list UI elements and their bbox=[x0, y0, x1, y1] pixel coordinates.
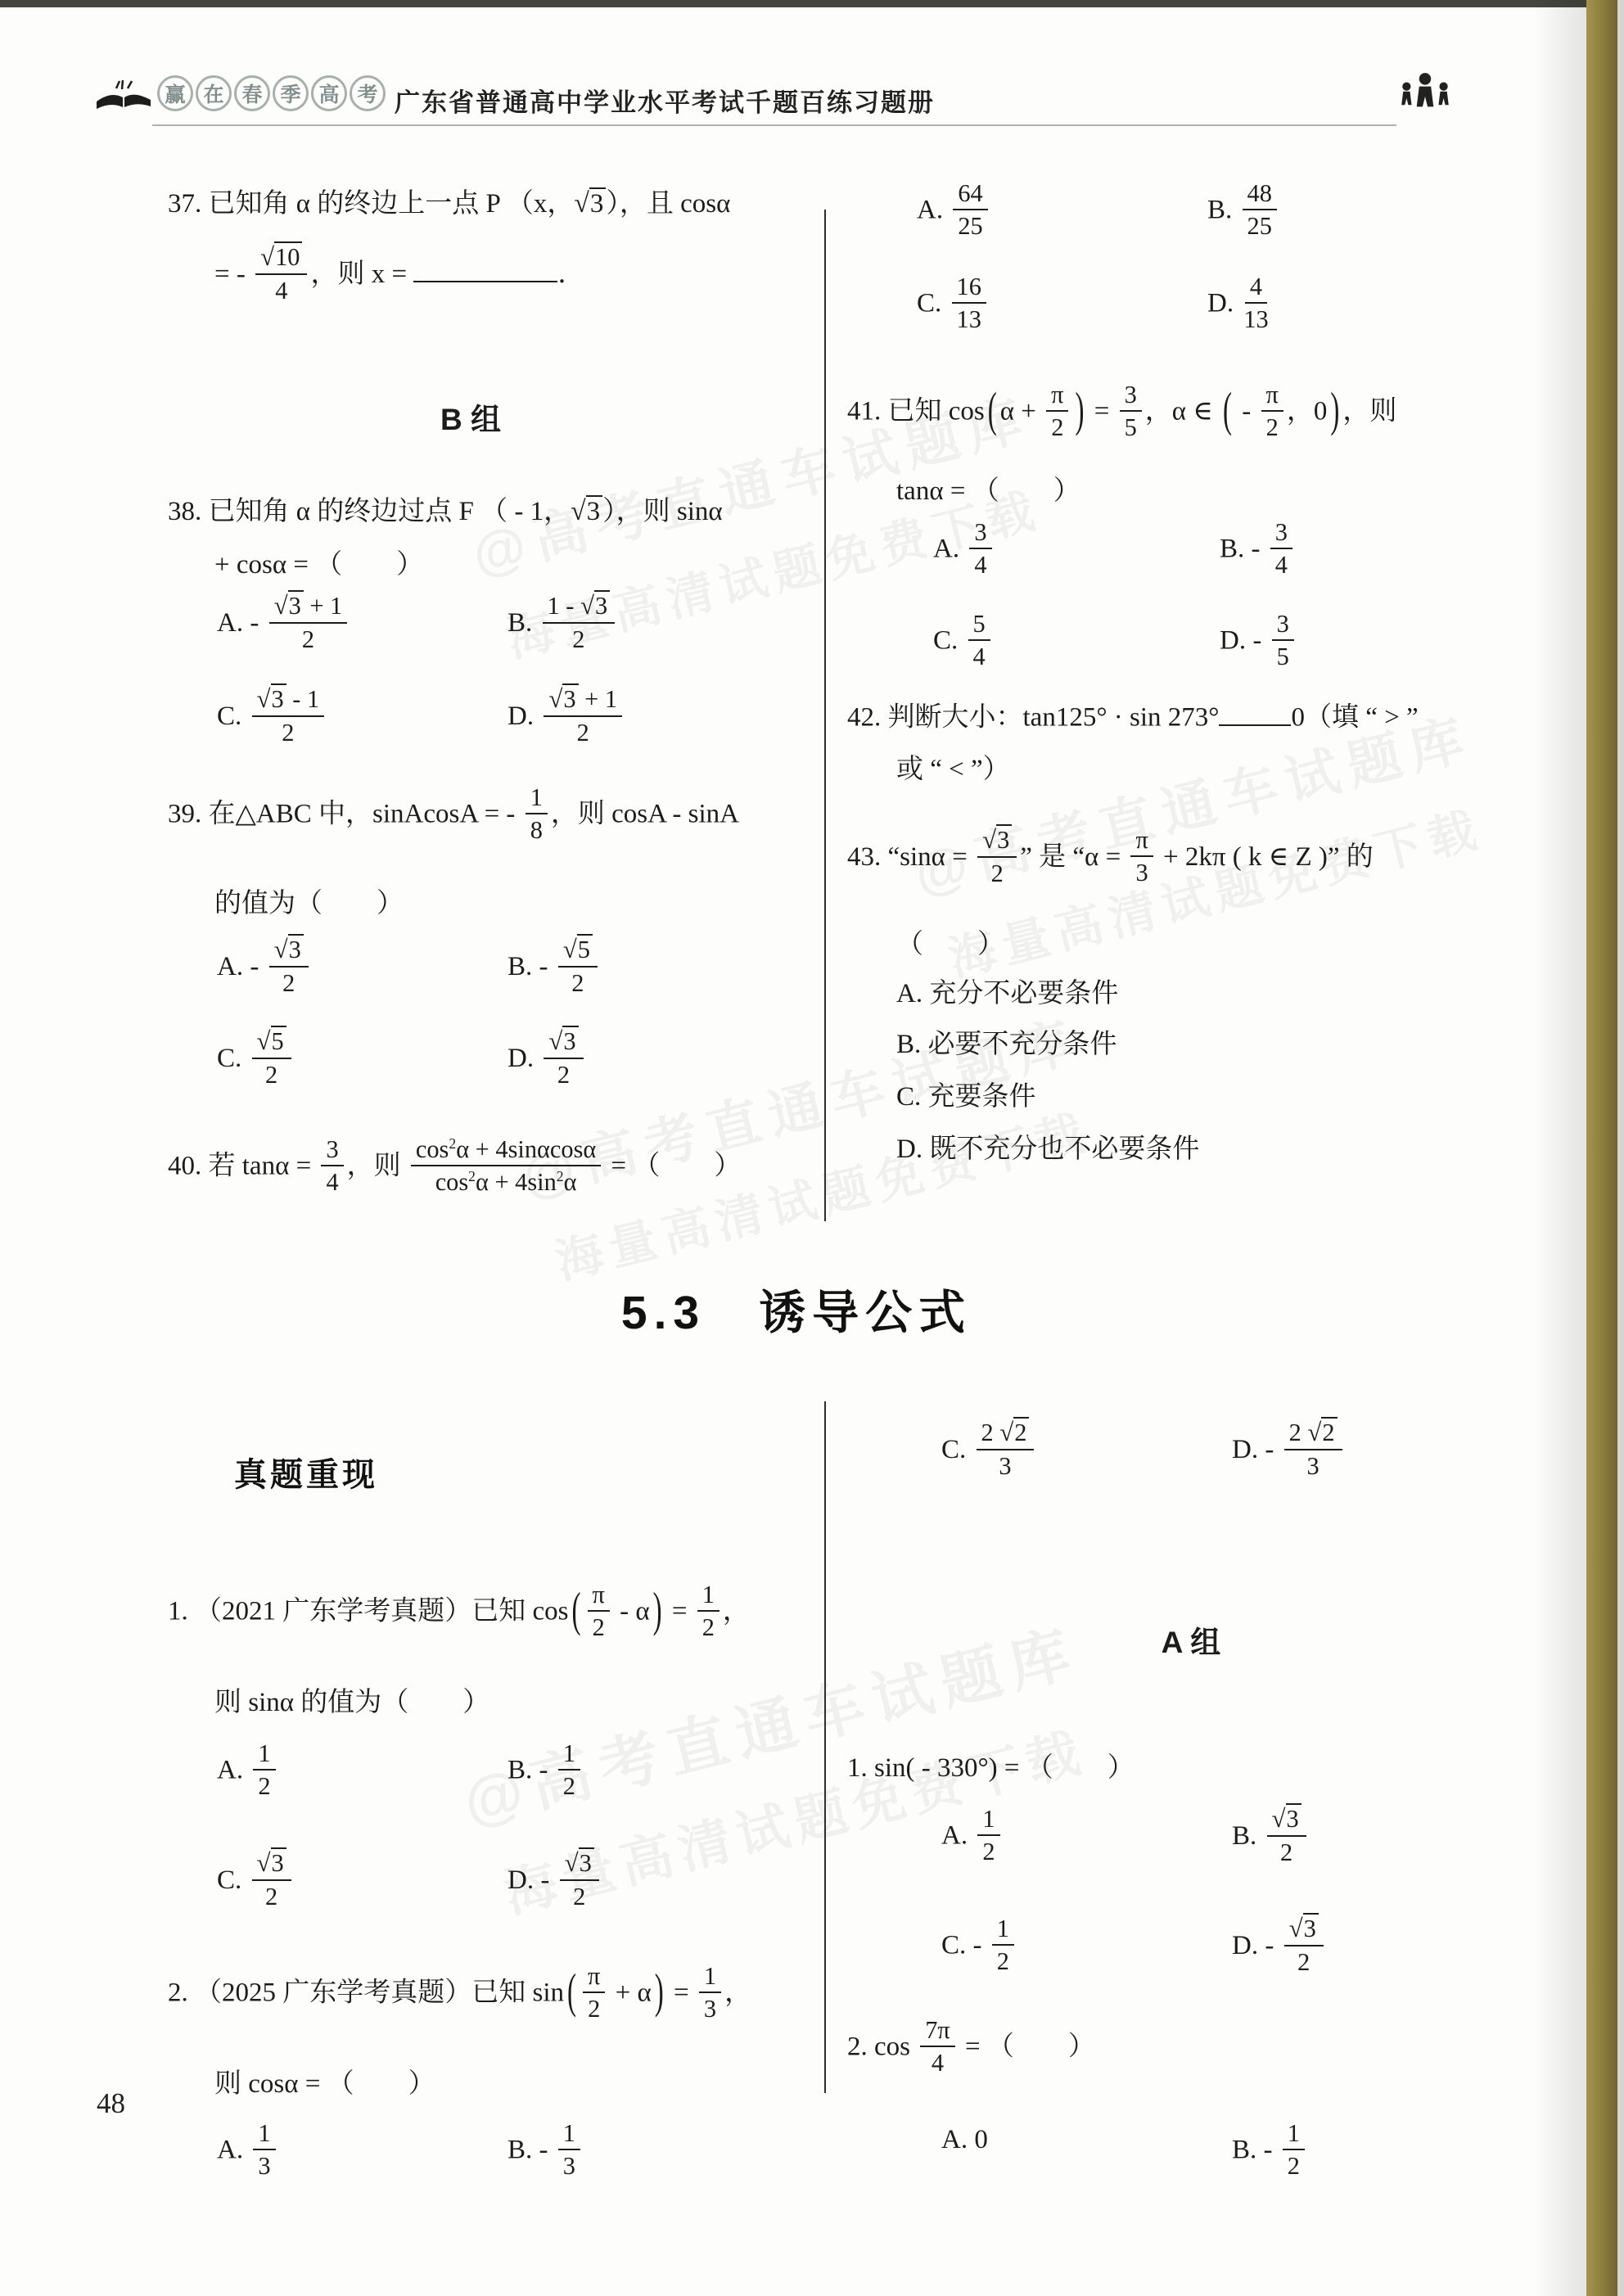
question-40-line1: 40. 若 tanα = 34，则 cos2α + 4sinαcosαcos2α… bbox=[168, 1138, 741, 1198]
question-43-line2: （ ） bbox=[896, 927, 1004, 963]
question-43-option-c: C. 充要条件 bbox=[896, 1079, 1036, 1116]
s2-right-question-1-option-c: C. - 12 bbox=[941, 1917, 1017, 1978]
question-40-option-b: B. 4825 bbox=[1207, 182, 1280, 242]
brand-badges: 赢 在 春 季 高 考 bbox=[157, 75, 386, 111]
running-people-icon bbox=[1396, 72, 1455, 127]
page-number: 48 bbox=[97, 2087, 125, 2120]
s2-right-question-1-option-d: D. - √32 bbox=[1232, 1917, 1327, 1978]
page-edge-shadow bbox=[1532, 0, 1586, 2296]
question-39-line2: 的值为（ ） bbox=[214, 886, 404, 922]
s2-question-1-line1: 1. （2021 广东学考真题）已知 cos(π2 - α) = 12， bbox=[168, 1583, 750, 1644]
s2-right-question-2-line1: 2. cos 7π4 = （ ） bbox=[847, 2019, 1095, 2079]
s2-question-1-option-d: D. - √32 bbox=[508, 1852, 602, 1913]
open-book-logo-icon bbox=[92, 69, 157, 124]
section-title: 5.3 诱导公式 bbox=[0, 1275, 1593, 1342]
brand-badge: 考 bbox=[350, 75, 386, 111]
group-a-heading: A 组 bbox=[843, 1622, 1539, 1663]
group-b-heading: B 组 bbox=[168, 399, 774, 440]
question-41-option-b: B. - 34 bbox=[1220, 521, 1296, 581]
book-edge-outer bbox=[1617, 0, 1624, 2296]
s2-right-question-1-option-b: B. √32 bbox=[1232, 1807, 1310, 1869]
zhenti-heading: 真题重现 bbox=[234, 1449, 378, 1495]
brand-badge: 在 bbox=[196, 75, 232, 111]
question-39-option-c: C. √52 bbox=[217, 1030, 295, 1091]
book-edge-strip bbox=[1586, 0, 1617, 2296]
s2-question-1-line2: 则 sinα 的值为（ ） bbox=[214, 1685, 489, 1721]
question-38-option-d: D. √3 + 12 bbox=[508, 688, 625, 749]
question-43-option-a: A. 充分不必要条件 bbox=[896, 976, 1118, 1013]
s2-question-1-option-b: B. - 12 bbox=[508, 1742, 584, 1802]
question-39-option-b: B. - √52 bbox=[508, 938, 601, 999]
question-41-option-a: A. 34 bbox=[933, 521, 995, 581]
s2-question-1-option-c: C. √32 bbox=[217, 1852, 295, 1913]
s2-question-2-option-b: B. - 13 bbox=[508, 2122, 584, 2182]
header-title: 广东省普通高中学业水平考试千题百练习题册 bbox=[395, 82, 935, 119]
question-40-option-c: C. 1613 bbox=[917, 275, 990, 336]
header-rule bbox=[152, 124, 1396, 126]
question-43-line1: 43. “sinα = √32” 是 “α = π3 + 2kπ ( k ∈ Z… bbox=[847, 828, 1374, 890]
s2-right-question-2-option-a: A. 0 bbox=[941, 2122, 988, 2158]
question-42-line1: 42. 判断大小：tan125° · sin 273°0（填 “ > ” bbox=[847, 697, 1419, 736]
s2-question-2-line2: 则 cosα = （ ） bbox=[214, 2066, 435, 2103]
question-41-option-c: C. 54 bbox=[933, 612, 994, 673]
question-39-option-d: D. √32 bbox=[508, 1030, 587, 1091]
question-38-option-a: A. - √3 + 12 bbox=[217, 594, 350, 656]
question-40-option-a: A. 6425 bbox=[917, 182, 991, 242]
question-38-option-b: B. 1 - √32 bbox=[508, 594, 618, 656]
question-38-line1: 38. 已知角 α 的终边过点 F （ - 1，√3），则 sinα bbox=[168, 493, 723, 530]
column-divider bbox=[824, 1401, 826, 2093]
carry-option-c: C. 2 √23 bbox=[941, 1421, 1037, 1482]
brand-badge: 赢 bbox=[157, 75, 193, 111]
question-41-option-d: D. - 35 bbox=[1220, 612, 1297, 673]
question-42-line2: 或 “ < ”） bbox=[896, 751, 1010, 788]
s2-right-question-2-option-b: B. - 12 bbox=[1232, 2122, 1308, 2182]
question-41-line1: 41. 已知 cos(α + π2) = 35，α ∈ ( - π2，0)，则 bbox=[847, 383, 1396, 444]
carry-option-d: D. - 2 √23 bbox=[1232, 1421, 1346, 1482]
brand-badge: 高 bbox=[311, 75, 347, 111]
question-39-option-a: A. - √32 bbox=[217, 938, 312, 999]
question-37-line2: = - √104，则 x = ． bbox=[214, 246, 584, 307]
scan-edge-top bbox=[0, 0, 1593, 7]
brand-badge: 季 bbox=[273, 75, 309, 111]
question-37-line1: 37. 已知角 α 的终边上一点 P （x，√3），且 cosα bbox=[168, 185, 730, 223]
question-38-option-c: C. √3 - 12 bbox=[217, 688, 327, 749]
s2-question-2-line1: 2. （2025 广东学考真题）已知 sin(π2 + α) = 13， bbox=[168, 1964, 751, 2025]
question-43-option-d: D. 既不充分也不必要条件 bbox=[896, 1131, 1199, 1168]
question-43-option-b: B. 必要不充分条件 bbox=[896, 1026, 1117, 1063]
s2-right-question-1-option-a: A. 12 bbox=[941, 1807, 1004, 1868]
s2-right-question-1-line1: 1. sin( - 330°) = （ ） bbox=[847, 1750, 1135, 1787]
question-41-line2: tanα = （ ） bbox=[896, 473, 1080, 510]
s2-question-2-option-a: A. 13 bbox=[217, 2122, 279, 2182]
question-39-line1: 39. 在△ABC 中，sinAcosA = - 18，则 cosA - sin… bbox=[168, 786, 739, 846]
question-38-line2: + cosα = （ ） bbox=[214, 547, 423, 584]
question-40-option-d: D. 413 bbox=[1207, 275, 1272, 336]
brand-badge: 春 bbox=[234, 75, 270, 111]
scanned-page: 赢 在 春 季 高 考 广东省普通高中学业水平考试千题百练习题册 @高考直通车试… bbox=[0, 0, 1624, 2296]
s2-question-1-option-a: A. 12 bbox=[217, 1742, 279, 1802]
column-divider bbox=[824, 210, 826, 1221]
